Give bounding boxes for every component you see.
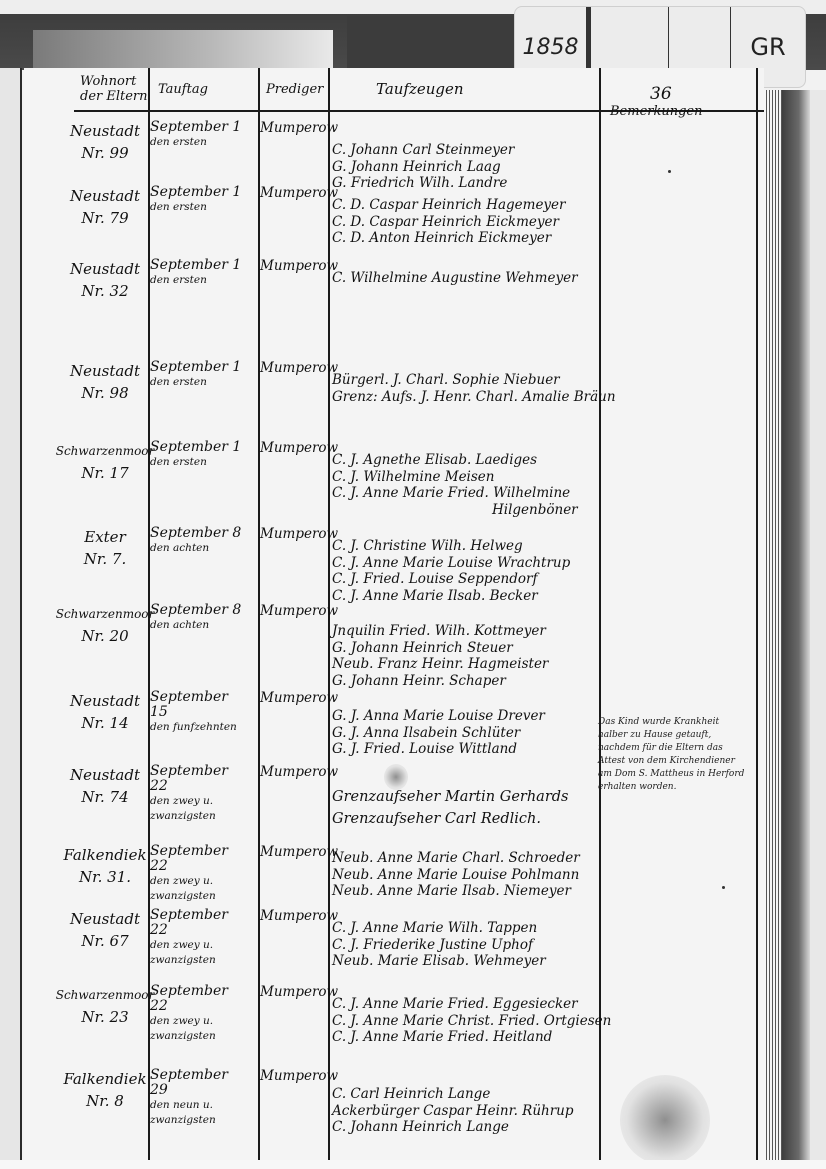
left-page-edge [0, 68, 22, 1169]
entry-pastor: Mumperow [260, 120, 350, 136]
column-header-pastor: Prediger [266, 82, 323, 97]
entry-residence: SchwarzenmoorNr. 20 [46, 603, 164, 647]
entry-sponsors: C. J. Christine Wilh. HelwegC. J. Anne M… [332, 538, 602, 604]
scan-right-margin [810, 90, 826, 1169]
entry-residence: NeustadtNr. 32 [46, 258, 164, 302]
entry-baptism-date: September 29den neun u. zwanzigsten [150, 1068, 250, 1128]
entry-baptism-date: September 1den ersten [150, 440, 250, 470]
entry-sponsors: C. J. Anne Marie Fried. EggesieckerC. J.… [332, 996, 602, 1046]
entry-baptism-date: September 8den achten [150, 603, 250, 633]
entry-baptism-date: September 1den ersten [150, 120, 250, 150]
entry-baptism-date: September 1den ersten [150, 185, 250, 215]
entry-baptism-date: September 22den zwey u. zwanzigsten [150, 764, 250, 824]
entry-baptism-date: September 1den ersten [150, 258, 250, 288]
column-header-remarks: Bemerkungen [610, 104, 703, 119]
column-header-baptism-day: Tauftag [158, 82, 208, 97]
binding-shadow [782, 90, 810, 1169]
entry-sponsors: C. Wilhelmine Augustine Wehmeyer [332, 270, 602, 287]
entry-sponsors: G. J. Anna Marie Louise DreverG. J. Anna… [332, 708, 602, 758]
entry-residence: NeustadtNr. 79 [46, 185, 164, 229]
column-header-residence: Wohnort der Eltern [80, 74, 150, 104]
entry-residence: SchwarzenmoorNr. 17 [46, 440, 164, 484]
entry-sponsors: C. J. Anne Marie Wilh. TappenC. J. Fried… [332, 920, 602, 970]
entry-residence: NeustadtNr. 74 [46, 764, 164, 808]
column-rule-5 [756, 68, 758, 1164]
column-header-sponsors: Taufzeugen [376, 82, 464, 97]
page-number: 36 [650, 84, 672, 104]
entry-residence: NeustadtNr. 98 [46, 360, 164, 404]
entry-baptism-date: September 8den achten [150, 526, 250, 556]
entry-baptism-date: September 1den ersten [150, 360, 250, 390]
entry-residence: NeustadtNr. 14 [46, 690, 164, 734]
entry-baptism-date: September 22den zwey u. zwanzigsten [150, 844, 250, 904]
entry-residence: NeustadtNr. 99 [46, 120, 164, 164]
entry-residence: ExterNr. 7. [46, 526, 164, 570]
ink-smudge [384, 764, 408, 790]
entry-residence: FalkendiekNr. 31. [46, 844, 164, 888]
baptism-register-table: Wohnort der Eltern Tauftag Prediger Tauf… [24, 68, 764, 1164]
entry-baptism-date: September 15den funfzehnten [150, 690, 250, 735]
entry-sponsors: C. Johann Carl SteinmeyerG. Johann Heinr… [332, 142, 602, 192]
entry-residence: FalkendiekNr. 8 [46, 1068, 164, 1112]
entry-sponsors: Jnquilin Fried. Wilh. KottmeyerG. Johann… [332, 623, 602, 689]
entry-sponsors: Grenzaufseher Martin GerhardsGrenzaufseh… [332, 786, 602, 830]
entry-sponsors: Bürgerl. J. Charl. Sophie NiebuerGrenz: … [332, 372, 602, 405]
scan-bottom-margin [0, 1160, 826, 1169]
entry-residence: SchwarzenmoorNr. 23 [46, 984, 164, 1028]
entry-remarks: Das Kind wurde Krankheit halber zu Hause… [598, 716, 748, 794]
entry-sponsors: C. Carl Heinrich LangeAckerbürger Caspar… [332, 1086, 602, 1136]
entry-pastor: Mumperow [260, 603, 350, 619]
entry-baptism-date: September 22den zwey u. zwanzigsten [150, 908, 250, 968]
entry-residence: NeustadtNr. 67 [46, 908, 164, 952]
entry-sponsors: C. D. Caspar Heinrich HagemeyerC. D. Cas… [332, 197, 602, 247]
entry-baptism-date: September 22den zwey u. zwanzigsten [150, 984, 250, 1044]
entry-sponsors: Neub. Anne Marie Charl. SchroederNeub. A… [332, 850, 602, 900]
ink-dot [722, 886, 725, 889]
scan-speckle [620, 1075, 710, 1165]
entry-sponsors: C. J. Agnethe Elisab. LaedigesC. J. Wilh… [332, 452, 602, 518]
entry-pastor: Mumperow [260, 764, 350, 780]
ink-dot [668, 170, 671, 173]
entry-pastor: Mumperow [260, 690, 350, 706]
entry-pastor: Mumperow [260, 1068, 350, 1084]
